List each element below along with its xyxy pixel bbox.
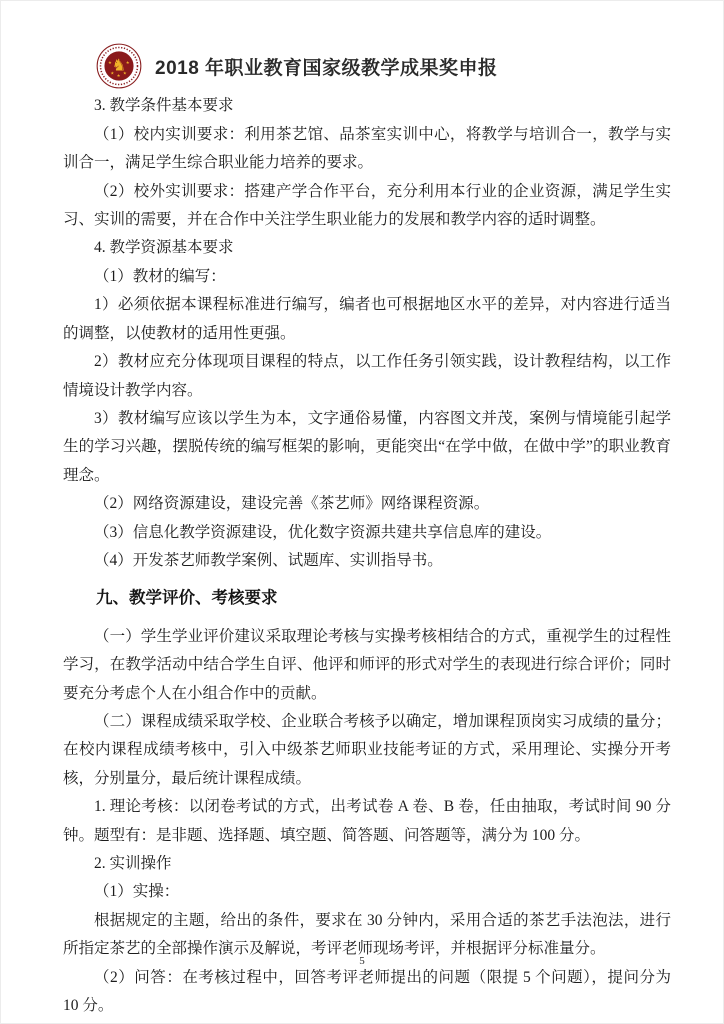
paragraph: （2）校外实训要求：搭建产学合作平台，充分利用本行业的企业资源，满足学生实习、实… [63,178,671,235]
page-footer: 5 [1,955,723,967]
paragraph: （3）信息化教学资源建设，优化数字资源共建共享信息库的建设。 [63,519,671,547]
paragraph: 1. 理论考核：以闭卷考试的方式，出考试卷 A 卷、B 卷，任由抽取，考试时间 … [63,793,671,850]
paragraph: 4. 教学资源基本要求 [63,234,671,262]
page-number: 5 [359,955,365,967]
svg-text:★: ★ [108,60,112,66]
paragraph: （1）校内实训要求：利用茶艺馆、品茶室实训中心，将教学与培训合一，教学与实训合一… [63,121,671,178]
document-title: 2018 年职业教育国家级教学成果奖申报 [155,53,498,80]
paragraph: 3）教材编写应该以学生为本，文字通俗易懂，内容图文并茂，案例与情境能引起学生的学… [63,405,671,490]
svg-text:★: ★ [117,73,121,79]
document-body: 3. 教学条件基本要求（1）校内实训要求：利用茶艺馆、品茶室实训中心，将教学与培… [1,92,723,1020]
paragraph: （一）学生学业评价建议采取理论考核与实操考核相结合的方式，重视学生的过程性学习，… [63,623,671,708]
school-logo-icon: ♞ ★ ★ ★ ★ ★ [96,43,142,89]
paragraph: （2）问答：在考核过程中，回答考评老师提出的问题（限提 5 个问题），提问分为 … [63,964,671,1021]
svg-text:★: ★ [123,71,127,77]
paragraph: 1）必须依据本课程标准进行编写，编者也可根据地区水平的差异，对内容进行适当的调整… [63,291,671,348]
paragraph: 2）教材应充分体现项目课程的特点，以工作任务引领实践，设计教程结构，以工作情境设… [63,348,671,405]
svg-text:★: ★ [110,71,114,77]
paragraph: （4）开发茶艺师教学案例、试题库、实训指导书。 [63,547,671,575]
section-heading: 九、教学评价、考核要求 [63,584,671,612]
document-page: { "header": { "title": "2018 年职业教育国家级教学成… [0,0,724,1024]
svg-text:★: ★ [126,60,130,66]
paragraph: 2. 实训操作 [63,850,671,878]
paragraph: （1）实操： [63,878,671,906]
paragraph: （2）网络资源建设，建设完善《茶艺师》网络课程资源。 [63,490,671,518]
paragraph: （1）教材的编写： [63,263,671,291]
page-header: ♞ ★ ★ ★ ★ ★ 2018 年职业教育国家级教学成果奖申报 [1,1,723,92]
paragraph: 3. 教学条件基本要求 [63,92,671,120]
paragraph: （二）课程成绩采取学校、企业联合考核予以确定，增加课程顶岗实习成绩的量分；在校内… [63,708,671,793]
